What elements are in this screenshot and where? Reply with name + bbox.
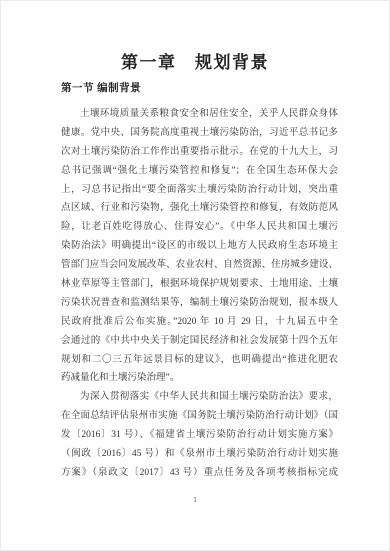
text-line: 在全面总结评估泉州市实施《国务院土壤污染防治行动计划》（国 xyxy=(61,407,338,426)
text-line: 发〔2016〕31 号）、《福建省土壤污染防治行动计划实施方案》 xyxy=(61,426,338,445)
text-line: （闽政〔2016〕45 号）和《泉州市土壤污染防治行动计划实施 xyxy=(61,445,338,464)
page-number: 1 xyxy=(1,495,389,504)
text-line: 上，习总书记指出“要全面落实土壤污染防治行动计划，突出重 xyxy=(61,181,338,200)
document-page: 第一章 规划背景 第一节 编制背景 土壤环境质量关系粮食安全和居住安全，关乎人民… xyxy=(0,0,390,551)
section-heading: 第一节 编制背景 xyxy=(61,80,141,95)
text-line: 总书记强调“强化土壤污染管控和修复”；在全国生态环保大会 xyxy=(61,162,338,181)
text-line: 污染状况普查和监测结果等，编制土壤污染防治规划，报本级人 xyxy=(61,294,338,313)
document-body: 土壤环境质量关系粮食安全和居住安全，关乎人民群众身体健康。党中央、国务院高度重视… xyxy=(61,105,338,483)
text-line: 药减量化和土壤污染治理”。 xyxy=(61,369,338,388)
chapter-title: 第一章 规划背景 xyxy=(1,48,389,73)
text-line: 民政府批准后公布实施。”2020 年 10 月 29 日，十九届五中全 xyxy=(61,313,338,332)
text-line: 次对土壤污染防治工作作出重要指示批示。在党的十九大上，习 xyxy=(61,143,338,162)
text-line: 险，让老百姓吃得放心、住得安心”。《中华人民共和国土壤污 xyxy=(61,218,338,237)
text-line: 林业草原等主管部门，根据环境保护规划要求、土地用途、土壤 xyxy=(61,275,338,294)
text-line: 规划和二〇三五年远景目标的建议》，也明确提出“推进化肥农 xyxy=(61,351,338,370)
text-line: 点区域、行业和污染物，强化土壤污染管控和修复，有效防范风 xyxy=(61,199,338,218)
text-line: 方案》（泉政文〔2017〕43 号）重点任务及各项考核指标完成 xyxy=(61,464,338,483)
text-line: 会通过的《中共中央关于制定国民经济和社会发展第十四个五年 xyxy=(61,332,338,351)
text-line: 管部门应当会同发展改革、农业农村、自然资源、住房城乡建设、 xyxy=(61,256,338,275)
text-line: 染防治法》明确提出“设区的市级以上地方人民政府生态环境主 xyxy=(61,237,338,256)
text-line: 为深入贯彻落实《中华人民共和国土壤污染防治法》要求， xyxy=(61,388,338,407)
text-line: 土壤环境质量关系粮食安全和居住安全，关乎人民群众身体 xyxy=(61,105,338,124)
text-line: 健康。党中央、国务院高度重视土壤污染防治，习近平总书记多 xyxy=(61,124,338,143)
